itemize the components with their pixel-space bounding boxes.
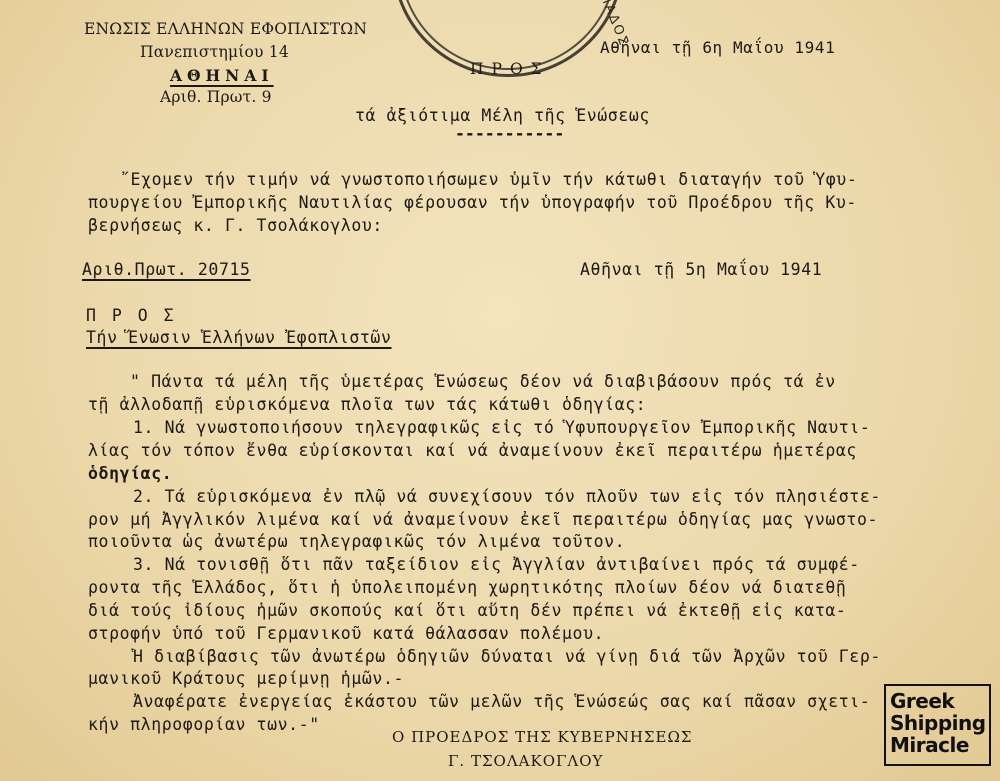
body-line-1: " Πάντα τά μέλη τῆς ὑμετέρας Ἑνώσεως δέο… bbox=[130, 372, 836, 391]
to-label: ΠΡΟΣ bbox=[470, 60, 550, 78]
intro-line-3: βερνήσεως κ. Γ. Τσολάκογλου: bbox=[88, 216, 383, 235]
recipient-rule: ----------- bbox=[455, 124, 564, 143]
body-line-7: ρον μή Ἀγγλικόν λιμένα καί νά ἀναμείνουν… bbox=[88, 510, 878, 529]
order-protocol: Αριθ.Πρωτ. 20715 bbox=[82, 260, 251, 279]
body-line-4: λίας τόν τόπον ἔνθα εὑρίσκονται καί νά ἀ… bbox=[88, 441, 857, 460]
body-line-8: ποιοῦντα ὡς ἀνωτέρω τηλεγραφικῶς τόν λιμ… bbox=[88, 532, 625, 551]
intro-line-1: ῎Εχομεν τήν τιμήν νά γνωστοποιήσωμεν ὑμῖ… bbox=[120, 170, 857, 189]
order-date: Αθῆναι τῇ 5η Μαΐου 1941 bbox=[580, 260, 822, 279]
body-line-9: 3. Νά τονισθῇ ὅτι πᾶν ταξείδιον εἰς Ἀγγλ… bbox=[133, 555, 860, 574]
watermark-logo: Greek Shipping Miracle bbox=[884, 684, 991, 766]
body-line-10: ροντα τῆς Ἑλλάδος, ὅτι ἡ ὑπολειπομένη χω… bbox=[88, 578, 846, 597]
letter-page: ΜΑΔΟΣ ΕΝΩΣΙΣ ΕΛΛΗΝΩΝ ΕΦΟΠΛΙΣΤΩΝ Πανεπιστ… bbox=[0, 0, 1000, 781]
body-line-12: στροφήν ὑπό τοῦ Γερμανικοῦ κατά θάλασσαν… bbox=[88, 624, 604, 643]
signature-name: Γ. ΤΣΟΛΑΚΟΓΛΟΥ bbox=[448, 752, 603, 770]
protocol-number: Αριθ. Πρωτ. 9 bbox=[160, 88, 272, 106]
recipient-line: τά ἀξιότιμα Μέλη τῆς Ἑνώσεως bbox=[355, 106, 650, 125]
body-line-14: μανικοῦ Κράτους μερίμνῃ ἡμῶν.- bbox=[88, 669, 404, 688]
body-line-2: τῇ ἀλλοδαπῇ εὑρισκόμενα πλοῖα των τάς κά… bbox=[88, 395, 646, 414]
letter-date: Αθῆναι τῇ 6η Μαΐου 1941 bbox=[600, 38, 835, 57]
intro-line-2: πουργείου Ἐμπορικῆς Ναυτιλίας φέρουσαν τ… bbox=[88, 193, 857, 212]
watermark-line-2: Shipping bbox=[890, 712, 989, 734]
body-line-16: κήν πληροφορίαν των.-" bbox=[88, 715, 320, 734]
watermark-line-1: Greek bbox=[890, 690, 989, 712]
order-recipient: Τήν Ἕνωσιν Ἑλλήνων Ἐφοπλιστῶν bbox=[86, 328, 391, 347]
organization-address: Πανεπιστημίου 14 bbox=[140, 43, 289, 61]
body-line-5: ὁδηγίας. bbox=[88, 464, 172, 483]
order-to-label: Π Ρ Ο Σ bbox=[86, 306, 177, 325]
organization-name: ΕΝΩΣΙΣ ΕΛΛΗΝΩΝ ΕΦΟΠΛΙΣΤΩΝ bbox=[84, 20, 367, 38]
body-line-6: 2. Τά εὑρισκόμενα ἐν πλῷ νά συνεχίσουν τ… bbox=[133, 487, 881, 506]
body-line-11: διά τούς ἰδίους ἡμῶν σκοπούς καί ὅτι αὕτ… bbox=[88, 601, 846, 620]
body-line-13: Ἡ διαβίβασις τῶν ἀνωτέρω ὁδηγιῶν δύναται… bbox=[133, 647, 881, 666]
watermark-line-3: Miracle bbox=[890, 734, 989, 756]
body-line-3: 1. Νά γνωστοποιήσουν τηλεγραφικῶς εἰς τό… bbox=[133, 418, 870, 437]
organization-city: ΑΘΗΝΑΙ bbox=[170, 66, 274, 85]
body-line-15: Ἀναφέρατε ἐνεργείας ἑκάστου τῶν μελῶν τῆ… bbox=[133, 692, 870, 711]
signature-title: Ο ΠΡΟΕΔΡΟΣ ΤΗΣ ΚΥΒΕΡΝΗΣΕΩΣ bbox=[392, 728, 693, 746]
